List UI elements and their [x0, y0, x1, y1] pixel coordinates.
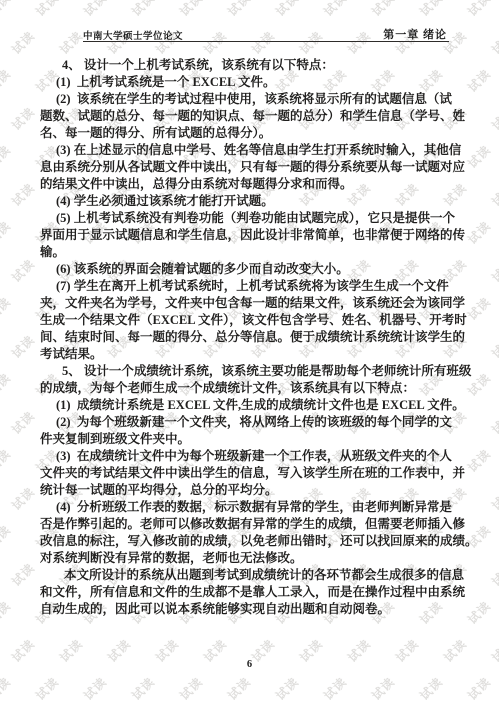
watermark-text: 试读: [0, 673, 14, 703]
body-line: 统计每一试题的平均得分，总分的平均分。: [40, 482, 464, 499]
watermark-text: 试读: [272, 673, 302, 703]
body-line: 考试结果。: [40, 346, 464, 363]
watermark-text: 试读: [176, 673, 206, 703]
body-line: 题数、试题的总分、每一题的知识点、每一题的总分）和学生信息（学号、姓: [40, 108, 464, 125]
watermark-text: 试读: [8, 407, 38, 437]
body-line: 4、 设计一个上机考试系统，该系统有以下特点：: [40, 57, 464, 74]
body-line: (5) 上机考试系统没有判卷功能（判卷功能由试题完成），它只是提供一个: [40, 210, 464, 227]
watermark-text: 试读: [32, 673, 62, 703]
watermark-text: 试读: [0, 597, 14, 627]
watermark-text: 试读: [0, 141, 14, 171]
watermark-text: 试读: [8, 27, 38, 57]
watermark-text: 试读: [224, 0, 254, 20]
watermark-text: 试读: [488, 331, 499, 361]
body-line: 间、结束时间、每一题的得分、总分等信息。便于成绩统计系统统计该学生的: [40, 329, 464, 346]
body-line: 的结果文件中读出，总得分由系统对每题得分求和而得。: [40, 176, 464, 193]
body-line: 自动生成的，因此可以说本系统能够实现自动出题和自动阅卷。: [40, 601, 464, 618]
header-left-title: 中南大学硕士学位论文: [83, 28, 183, 42]
watermark-text: 试读: [488, 255, 499, 285]
watermark-text: 试读: [488, 559, 499, 589]
watermark-text: 试读: [464, 597, 494, 627]
watermark-text: 试读: [0, 217, 14, 247]
body-line: 5、 设计一个成绩统计系统，该系统主要功能是帮助每个老师统计所有班级: [40, 363, 464, 380]
watermark-text: 试读: [0, 521, 14, 551]
watermark-text: 试读: [464, 673, 494, 703]
watermark-text: 试读: [8, 483, 38, 513]
watermark-text: 试读: [320, 0, 350, 20]
body-line: 界面用于显示试题信息和学生信息，因此设计非常简单，也非常便于网络的传: [40, 227, 464, 244]
watermark-text: 试读: [464, 0, 494, 20]
watermark-text: 试读: [416, 673, 446, 703]
body-line: 夹，文件夹名为学号，文件夹中包含每一题的结果文件，该系统还会为该同学: [40, 295, 464, 312]
watermark-text: 试读: [272, 0, 302, 20]
body-line: (2) 该系统在学生的考试过程中使用，该系统将显示所有的试题信息（试: [40, 91, 464, 108]
body-line: (7) 学生在离开上机考试系统时，上机考试系统将为该学生生成一个文件: [40, 278, 464, 295]
body-line: 改信息的标注，写入修改前的成绩，以免老师出错时，还可以找回原来的成绩。: [40, 533, 464, 550]
watermark-text: 试读: [464, 65, 494, 95]
watermark-text: 试读: [0, 445, 14, 475]
watermark-text: 试读: [488, 179, 499, 209]
watermark-text: 试读: [8, 179, 38, 209]
watermark-text: 试读: [416, 0, 446, 20]
watermark-text: 试读: [56, 27, 86, 57]
watermark-text: 试读: [128, 673, 158, 703]
watermark-text: 试读: [176, 0, 206, 20]
body-line: 生成一个结果文件（EXCEL 文件），该文件包含学号、姓名、机器号、开考时: [40, 312, 464, 329]
watermark-text: 试读: [80, 0, 110, 20]
watermark-text: 试读: [224, 673, 254, 703]
body-line: (4) 分析班级工作表的数据，标示数据有异常的学生，由老师判断异常是: [40, 499, 464, 516]
watermark-text: 试读: [8, 103, 38, 133]
body-line: (3) 在成绩统计文件中为每个班级新建一个工作表，从班级文件夹的个人: [40, 448, 464, 465]
watermark-text: 试读: [464, 293, 494, 323]
page-header: 中南大学硕士学位论文 第一章 绪论: [83, 26, 447, 42]
watermark-text: 试读: [0, 0, 14, 20]
watermark-text: 试读: [488, 407, 499, 437]
header-right-title: 第一章 绪论: [383, 26, 447, 42]
body-text: 4、 设计一个上机考试系统，该系统有以下特点：(1) 上机考试系统是一个 EXC…: [40, 57, 464, 618]
watermark-text: 试读: [0, 65, 14, 95]
header-rule: [83, 41, 449, 42]
watermark-text: 试读: [488, 27, 499, 57]
page-number: 6: [0, 659, 499, 670]
body-line: 和文件，所有信息和文件的生成都不是靠人工录入，而是在操作过程中由系统: [40, 584, 464, 601]
watermark-text: 试读: [128, 0, 158, 20]
body-line: (2) 为每个班级新建一个文件夹，将从网络上传的该班级的每个同学的文: [40, 414, 464, 431]
thesis-page: 试读试读试读试读试读试读试读试读试读试读试读试读试读试读试读试读试读试读试读试读…: [0, 0, 499, 706]
body-line: 名、每一题的得分、所有试题的总得分）。: [40, 125, 464, 142]
watermark-text: 试读: [320, 673, 350, 703]
watermark-text: 试读: [464, 445, 494, 475]
body-line: (1) 上机考试系统是一个 EXCEL 文件。: [40, 74, 464, 91]
body-line: 件夹复制到班级文件夹中。: [40, 431, 464, 448]
watermark-text: 试读: [488, 483, 499, 513]
watermark-text: 试读: [8, 331, 38, 361]
watermark-text: 试读: [8, 255, 38, 285]
body-line: 输。: [40, 244, 464, 261]
body-line: (1) 成绩统计系统是 EXCEL 文件,生成的成绩统计文件也是 EXCEL 文…: [40, 397, 464, 414]
watermark-text: 试读: [464, 141, 494, 171]
watermark-text: 试读: [0, 369, 14, 399]
watermark-text: 试读: [464, 217, 494, 247]
body-line: 本文所设计的系统从出题到考试到成绩统计的各环节都会生成很多的信息: [40, 567, 464, 584]
watermark-text: 试读: [488, 103, 499, 133]
body-line: (4) 学生必须通过该系统才能打开试题。: [40, 193, 464, 210]
watermark-text: 试读: [80, 673, 110, 703]
watermark-text: 试读: [0, 293, 14, 323]
body-line: 息由系统分别从各试题文件中读出，只有每一题的得分系统要从每一试题对应: [40, 159, 464, 176]
body-line: 文件夹的考试结果文件中读出学生的信息，写入该学生所在班的工作表中，并: [40, 465, 464, 482]
watermark-text: 试读: [8, 559, 38, 589]
watermark-text: 试读: [32, 0, 62, 20]
body-line: 否是作弊引起的。老师可以修改数据有异常的学生的成绩，但需要老师插入修: [40, 516, 464, 533]
watermark-text: 试读: [368, 673, 398, 703]
body-line: (3) 在上述显示的信息中学号、姓名等信息由学生打开系统时输入，其他信: [40, 142, 464, 159]
watermark-text: 试读: [368, 0, 398, 20]
body-line: 的成绩，为每个老师生成一个成绩统计文件，该系统具有以下特点：: [40, 380, 464, 397]
body-line: 对系统判断没有异常的数据，老师也无法修改。: [40, 550, 464, 567]
body-line: (6) 该系统的界面会随着试题的多少而自动改变大小。: [40, 261, 464, 278]
